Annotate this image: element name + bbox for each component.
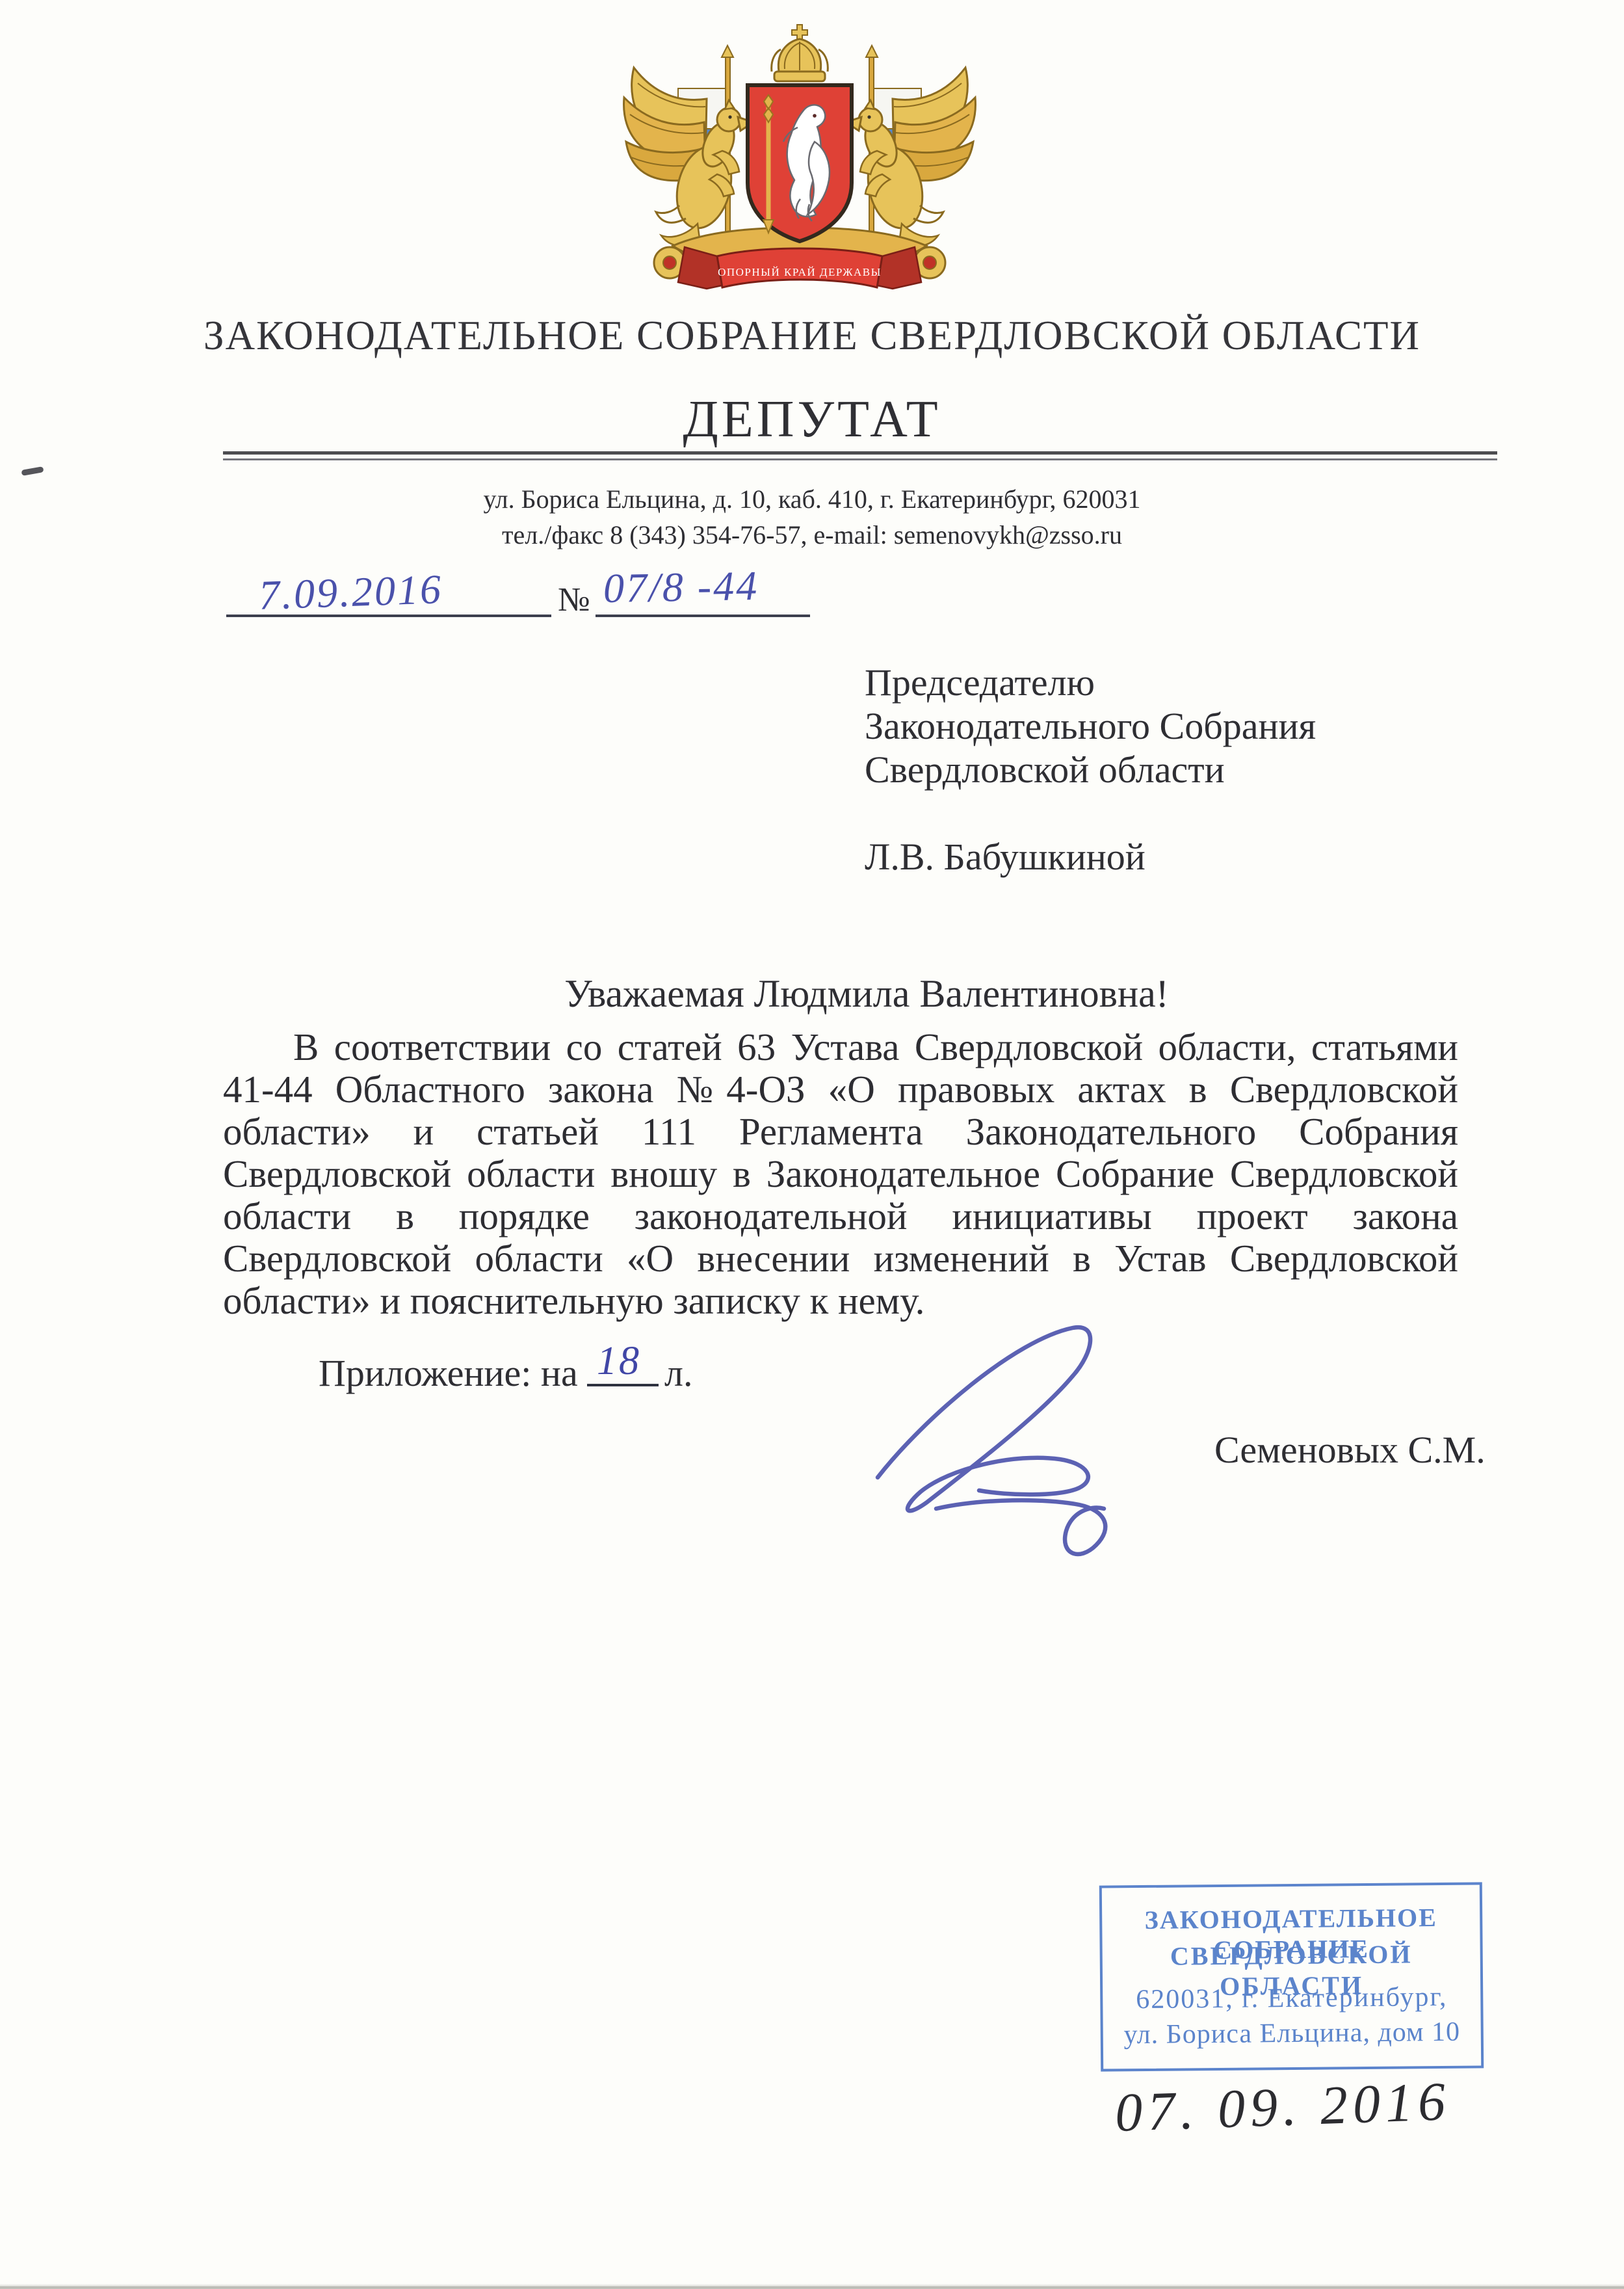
page-count-underline bbox=[587, 1384, 659, 1386]
recipient-line: Председателю bbox=[865, 661, 1316, 704]
scanned-letter-page: ОПОРНЫЙ КРАЙ ДЕРЖАВЫ ЗАКОНОДАТЕЛЬНОЕ СОБ… bbox=[0, 0, 1624, 2289]
coat-of-arms-icon: ОПОРНЫЙ КРАЙ ДЕРЖАВЫ bbox=[608, 23, 991, 310]
stamp-address-line1: 620031, г. Екатеринбург, bbox=[1103, 1981, 1480, 2015]
divider-line-bottom bbox=[223, 458, 1497, 460]
date-underline bbox=[226, 615, 551, 617]
salutation: Уважаемая Людмила Валентиновна! bbox=[249, 972, 1484, 1016]
signer-name: Семеновых С.М. bbox=[1214, 1428, 1486, 1472]
body-paragraph: В соответствии со статей 63 Устава Сверд… bbox=[223, 1026, 1458, 1322]
scan-bottom-line bbox=[0, 2286, 1624, 2288]
number-underline bbox=[596, 615, 810, 617]
letterhead-contacts: тел./факс 8 (343) 354-76-57, e-mail: sem… bbox=[0, 520, 1624, 550]
attachment-label: Приложение: на bbox=[319, 1351, 578, 1395]
stamp-address-line2: ул. Бориса Ельцина, дом 10 bbox=[1103, 2016, 1481, 2050]
scan-artifact-dash bbox=[21, 466, 44, 476]
post-title: ДЕПУТАТ bbox=[0, 390, 1624, 449]
handwritten-date: 7.09.2016 bbox=[258, 565, 443, 620]
handwritten-receipt-date: 07. 09. 2016 bbox=[1114, 2070, 1451, 2145]
attachment-unit: л. bbox=[664, 1351, 692, 1395]
organization-name: ЗАКОНОДАТЕЛЬНОЕ СОБРАНИЕ СВЕРДЛОВСКОЙ ОБ… bbox=[0, 312, 1624, 360]
recipient-line: Свердловской области bbox=[865, 748, 1316, 791]
handwritten-number: 07/8 -44 bbox=[603, 562, 759, 613]
number-sign: № bbox=[558, 581, 590, 619]
signature-autograph bbox=[865, 1314, 1164, 1574]
receiving-stamp: ЗАКОНОДАТЕЛЬНОЕ СОБРАНИЕ СВЕРДЛОВСКОЙ ОБ… bbox=[1099, 1882, 1484, 2071]
coat-of-arms-motto: ОПОРНЫЙ КРАЙ ДЕРЖАВЫ bbox=[718, 266, 882, 278]
header-divider bbox=[223, 451, 1497, 460]
handwritten-page-count: 18 bbox=[597, 1338, 641, 1384]
recipient-line: Законодательного Собрания bbox=[865, 704, 1316, 748]
recipient-block: Председателю Законодательного Собрания С… bbox=[865, 661, 1316, 791]
recipient-name: Л.В. Бабушкиной bbox=[865, 835, 1146, 879]
divider-line-top bbox=[223, 451, 1497, 455]
letterhead-address: ул. Бориса Ельцина, д. 10, каб. 410, г. … bbox=[0, 484, 1624, 514]
